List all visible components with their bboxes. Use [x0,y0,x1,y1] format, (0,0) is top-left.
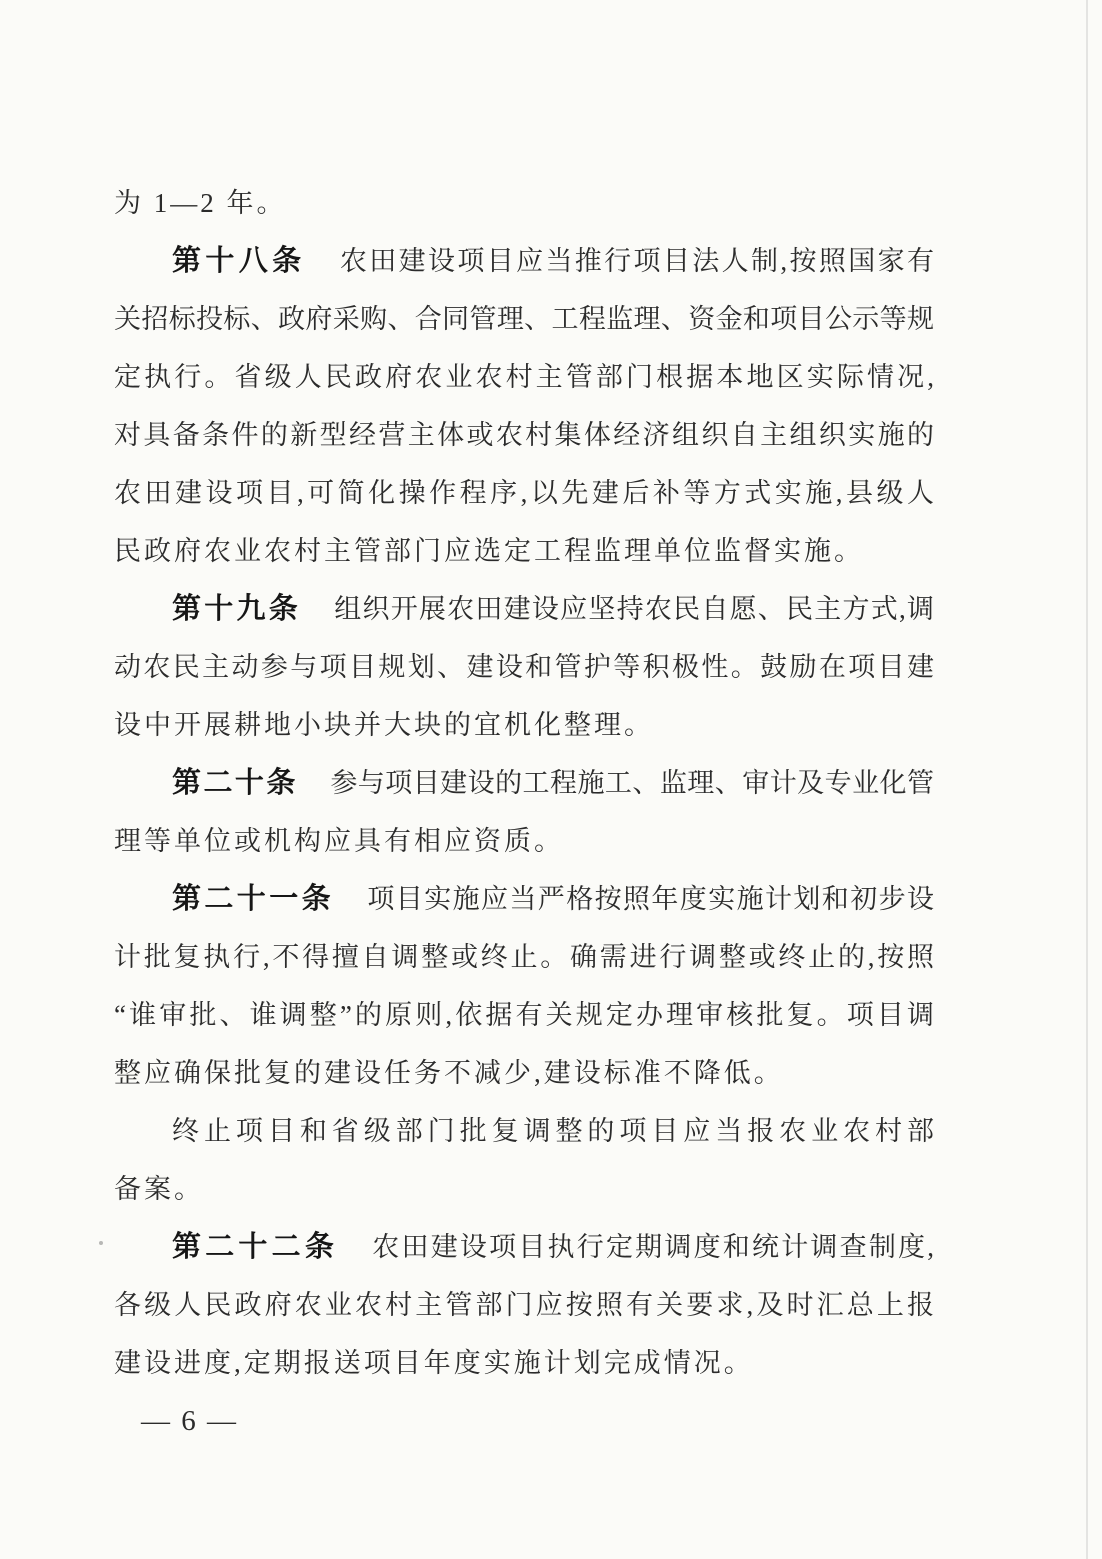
text-line: 农田建设项目,可简化操作程序,以先建后补等方式实施,县级人 [114,464,934,522]
text-line: 建设进度,定期报送项目年度实施计划完成情况。 [114,1334,934,1392]
text-line: 第二十一条项目实施应当严格按照年度实施计划和初步设 [114,870,934,928]
document-body: 为 1—2 年。第十八条农田建设项目应当推行项目法人制,按照国家有关招标投标、政… [114,174,934,1392]
text-line: “谁审批、谁调整”的原则,依据有关规定办理审核批复。项目调 [114,986,934,1044]
text-line: 第十八条农田建设项目应当推行项目法人制,按照国家有 [114,232,934,290]
text-line: 整应确保批复的建设任务不减少,建设标准不降低。 [114,1044,934,1102]
scan-edge-artifact [1086,0,1088,1559]
text-line: 备案。 [114,1160,934,1218]
article-number: 第十八条 [172,245,305,277]
line-text: 组织开展农田建设应坚持农民自愿、民主方式,调 [333,594,934,624]
line-text: 参与项目建设的工程施工、监理、审计及专业化管 [330,768,934,798]
line-text: 农田建设项目应当推行项目法人制,按照国家有 [337,246,934,276]
text-line: 关招标投标、政府采购、合同管理、工程监理、资金和项目公示等规 [114,290,934,348]
article-number: 第二十条 [172,767,298,799]
text-line: 对具备条件的新型经营主体或农村集体经济组织自主组织实施的 [114,406,934,464]
line-text: 农田建设项目执行定期调度和统计调查制度, [370,1232,934,1262]
text-line: 理等单位或机构应具有相应资质。 [114,812,934,870]
text-line: 第二十二条农田建设项目执行定期调度和统计调查制度, [114,1218,934,1276]
text-line: 计批复执行,不得擅自调整或终止。确需进行调整或终止的,按照 [114,928,934,986]
article-number: 第十九条 [172,593,301,625]
text-line: 设中开展耕地小块并大块的宜机化整理。 [114,696,934,754]
scan-speckle [99,1241,103,1245]
article-number: 第二十一条 [172,883,334,915]
article-number: 第二十二条 [172,1231,338,1263]
page-number: — 6 — [141,1396,238,1446]
text-line: 为 1—2 年。 [114,174,934,232]
text-line: 各级人民政府农业农村主管部门应按照有关要求,及时汇总上报 [114,1276,934,1334]
text-line: 第十九条组织开展农田建设应坚持农民自愿、民主方式,调 [114,580,934,638]
text-line: 终止项目和省级部门批复调整的项目应当报农业农村部 [114,1102,934,1160]
text-line: 定执行。省级人民政府农业农村主管部门根据本地区实际情况, [114,348,934,406]
text-line: 第二十条参与项目建设的工程施工、监理、审计及专业化管 [114,754,934,812]
text-line: 动农民主动参与项目规划、建设和管护等积极性。鼓励在项目建 [114,638,934,696]
line-text: 项目实施应当严格按照年度实施计划和初步设 [366,884,934,914]
document-page: 为 1—2 年。第十八条农田建设项目应当推行项目法人制,按照国家有关招标投标、政… [0,0,1102,1559]
text-line: 民政府农业农村主管部门应选定工程监理单位监督实施。 [114,522,934,580]
